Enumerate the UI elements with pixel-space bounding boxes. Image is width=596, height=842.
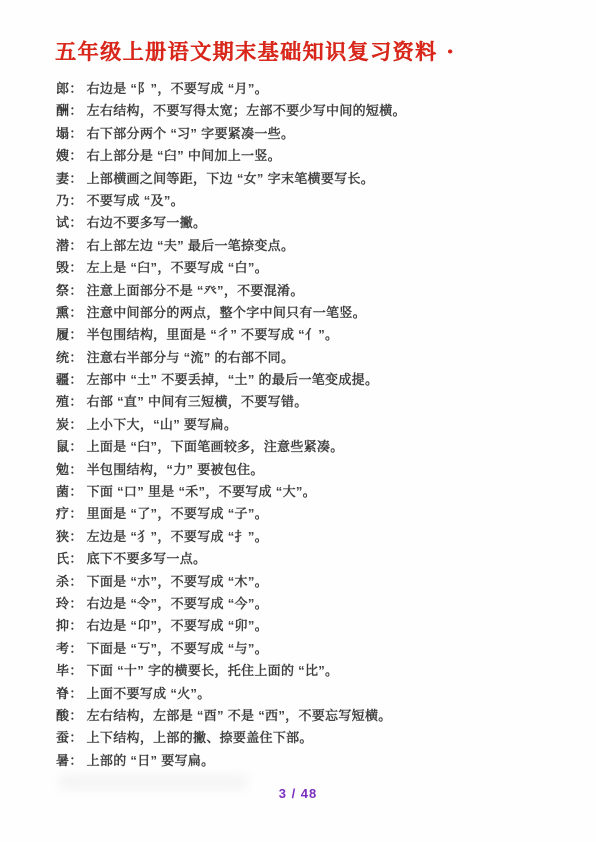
entry-colon: ： xyxy=(69,238,86,253)
entry-character: 疆 xyxy=(56,372,69,387)
entry-row: 塌：右下部分两个 “习” 字要紧凑一些。 xyxy=(56,123,406,145)
entry-character: 熏 xyxy=(56,305,69,320)
entry-row: 试：右边不要多写一撇。 xyxy=(56,212,406,234)
entry-row: 鼠：上面是 “臼”，下面笔画较多，注意些紧凑。 xyxy=(56,436,406,458)
entry-character: 潜 xyxy=(56,238,69,253)
entry-character: 考 xyxy=(56,641,69,656)
entry-row: 勉：半包围结构，“力” 要被包住。 xyxy=(56,459,406,481)
entry-colon: ： xyxy=(69,753,86,768)
entry-character: 勉 xyxy=(56,462,69,477)
entry-colon: ： xyxy=(69,350,86,365)
entry-row: 熏：注意中间部分的两点，整个字中间只有一笔竖。 xyxy=(56,302,406,324)
entry-colon: ： xyxy=(69,618,86,633)
entry-character: 鼠 xyxy=(56,439,69,454)
entry-colon: ： xyxy=(69,103,86,118)
entry-row: 祭：注意上面部分不是 “癶”，不要混淆。 xyxy=(56,280,406,302)
entry-row: 玲：右边是 “令”，不要写成 “今”。 xyxy=(56,593,406,615)
entry-colon: ： xyxy=(69,394,86,409)
entry-note: 右上部左边 “夫” 最后一笔捺变点。 xyxy=(87,238,295,253)
entry-colon: ： xyxy=(69,327,86,342)
entry-note: 下面是 “丂”，不要写成 “与”。 xyxy=(87,641,268,656)
entry-note: 右边是 “阝”，不要写成 “月”。 xyxy=(87,81,268,96)
entry-character: 毁 xyxy=(56,260,69,275)
document-page: 五年级上册语文期末基础知识复习资料 · 郎：右边是 “阝”，不要写成 “月”。 … xyxy=(0,0,596,842)
entry-row: 统：注意右半部分与 “流” 的右部不同。 xyxy=(56,347,406,369)
entry-row: 蚕：上下结构，上部的撇、捺要盖住下部。 xyxy=(56,727,406,749)
entry-character: 酸 xyxy=(56,708,69,723)
entry-colon: ： xyxy=(69,260,86,275)
entry-character: 嫂 xyxy=(56,148,69,163)
entry-character: 菌 xyxy=(56,484,69,499)
entry-character: 履 xyxy=(56,327,69,342)
entry-character: 氏 xyxy=(56,551,69,566)
entry-note: 半包围结构，“力” 要被包住。 xyxy=(87,462,264,477)
entry-colon: ： xyxy=(69,574,86,589)
entry-character: 妻 xyxy=(56,171,69,186)
entry-note: 右部 “直” 中间有三短横，不要写错。 xyxy=(87,394,308,409)
entry-row: 狭：左边是 “犭”，不要写成 “扌”。 xyxy=(56,526,406,548)
entry-character: 酬 xyxy=(56,103,69,118)
entry-character: 乃 xyxy=(56,193,69,208)
entry-character: 炭 xyxy=(56,417,69,432)
entry-character: 脊 xyxy=(56,686,69,701)
entry-character: 蚕 xyxy=(56,730,69,745)
entry-colon: ： xyxy=(69,372,86,387)
entry-colon: ： xyxy=(69,215,86,230)
entry-character: 抑 xyxy=(56,618,69,633)
entry-note: 下面 “十” 字的横要长，托住上面的 “比”。 xyxy=(87,663,339,678)
page-number-indicator: 3 / 48 xyxy=(0,786,596,801)
entry-note: 右边不要多写一撇。 xyxy=(87,215,207,230)
entry-list: 郎：右边是 “阝”，不要写成 “月”。 酬：左右结构，不要写得太宽；左部不要少写… xyxy=(56,78,406,772)
entry-character: 祭 xyxy=(56,283,69,298)
entry-note: 右边是 “卬”，不要写成 “卯”。 xyxy=(87,618,268,633)
entry-colon: ： xyxy=(69,148,86,163)
entry-row: 毁：左上是 “臼”，不要写成 “白”。 xyxy=(56,257,406,279)
entry-row: 酬：左右结构，不要写得太宽；左部不要少写中间的短横。 xyxy=(56,100,406,122)
entry-character: 玲 xyxy=(56,596,69,611)
entry-colon: ： xyxy=(69,439,86,454)
entry-note: 底下不要多写一点。 xyxy=(87,551,207,566)
entry-character: 塌 xyxy=(56,126,69,141)
entry-character: 杀 xyxy=(56,574,69,589)
entry-note: 右边是 “令”，不要写成 “今”。 xyxy=(87,596,268,611)
entry-character: 统 xyxy=(56,350,69,365)
entry-note: 左上是 “臼”，不要写成 “白”。 xyxy=(87,260,268,275)
entry-note: 左边是 “犭”，不要写成 “扌”。 xyxy=(87,529,268,544)
entry-colon: ： xyxy=(69,462,86,477)
entry-colon: ： xyxy=(69,305,86,320)
entry-character: 疗 xyxy=(56,506,69,521)
entry-character: 郎 xyxy=(56,81,69,96)
entry-note: 上面不要写成 “火”。 xyxy=(87,686,211,701)
entry-character: 狭 xyxy=(56,529,69,544)
entry-note: 左部中 “土” 不要丢掉，“土” 的最后一笔变成提。 xyxy=(87,372,379,387)
entry-note: 上小下大，“山” 要写扁。 xyxy=(87,417,238,432)
entry-colon: ： xyxy=(69,81,86,96)
entry-colon: ： xyxy=(69,417,86,432)
entry-colon: ： xyxy=(69,663,86,678)
entry-colon: ： xyxy=(69,126,86,141)
entry-colon: ： xyxy=(69,171,86,186)
entry-row: 殖：右部 “直” 中间有三短横，不要写错。 xyxy=(56,391,406,413)
entry-colon: ： xyxy=(69,283,86,298)
entry-note: 上面是 “臼”，下面笔画较多，注意些紧凑。 xyxy=(87,439,344,454)
entry-note: 上下结构，上部的撇、捺要盖住下部。 xyxy=(87,730,313,745)
entry-note: 注意上面部分不是 “癶”，不要混淆。 xyxy=(87,283,304,298)
entry-row: 考：下面是 “丂”，不要写成 “与”。 xyxy=(56,638,406,660)
entry-colon: ： xyxy=(69,193,86,208)
entry-colon: ： xyxy=(69,484,86,499)
page-title: 五年级上册语文期末基础知识复习资料 · xyxy=(55,36,455,66)
entry-row: 菌：下面 “口” 里是 “禾”，不要写成 “大”。 xyxy=(56,481,406,503)
entry-row: 杀：下面是 “朩”，不要写成 “木”。 xyxy=(56,571,406,593)
entry-character: 殖 xyxy=(56,394,69,409)
entry-colon: ： xyxy=(69,708,86,723)
entry-note: 上部横画之间等距，下边 “女” 字末笔横要写长。 xyxy=(87,171,374,186)
entry-note: 下面 “口” 里是 “禾”，不要写成 “大”。 xyxy=(87,484,316,499)
entry-note: 半包围结构，里面是 “彳” 不要写成 “亻”。 xyxy=(87,327,339,342)
entry-note: 左右结构，左部是 “酉” 不是 “西”，不要忘写短横。 xyxy=(87,708,392,723)
entry-row: 履：半包围结构，里面是 “彳” 不要写成 “亻”。 xyxy=(56,324,406,346)
entry-row: 乃：不要写成 “及”。 xyxy=(56,190,406,212)
entry-row: 脊：上面不要写成 “火”。 xyxy=(56,683,406,705)
entry-row: 抑：右边是 “卬”，不要写成 “卯”。 xyxy=(56,615,406,637)
entry-note: 左右结构，不要写得太宽；左部不要少写中间的短横。 xyxy=(87,103,406,118)
entry-row: 疗：里面是 “了”，不要写成 “子”。 xyxy=(56,503,406,525)
entry-note: 上部的 “日” 要写扁。 xyxy=(87,753,215,768)
entry-colon: ： xyxy=(69,529,86,544)
entry-note: 不要写成 “及”。 xyxy=(87,193,184,208)
entry-character: 试 xyxy=(56,215,69,230)
entry-row: 暑：上部的 “日” 要写扁。 xyxy=(56,750,406,772)
entry-row: 炭：上小下大，“山” 要写扁。 xyxy=(56,414,406,436)
entry-note: 注意右半部分与 “流” 的右部不同。 xyxy=(87,350,295,365)
entry-colon: ： xyxy=(69,641,86,656)
entry-note: 右下部分两个 “习” 字要紧凑一些。 xyxy=(87,126,295,141)
entry-character: 暑 xyxy=(56,753,69,768)
entry-note: 右上部分是 “臼” 中间加上一竖。 xyxy=(87,148,281,163)
entry-row: 郎：右边是 “阝”，不要写成 “月”。 xyxy=(56,78,406,100)
entry-colon: ： xyxy=(69,730,86,745)
entry-colon: ： xyxy=(69,551,86,566)
entry-row: 毕：下面 “十” 字的横要长，托住上面的 “比”。 xyxy=(56,660,406,682)
entry-row: 嫂：右上部分是 “臼” 中间加上一竖。 xyxy=(56,145,406,167)
entry-character: 毕 xyxy=(56,663,69,678)
entry-row: 酸：左右结构，左部是 “酉” 不是 “西”，不要忘写短横。 xyxy=(56,705,406,727)
entry-row: 疆：左部中 “土” 不要丢掉，“土” 的最后一笔变成提。 xyxy=(56,369,406,391)
entry-colon: ： xyxy=(69,596,86,611)
entry-row: 潜：右上部左边 “夫” 最后一笔捺变点。 xyxy=(56,235,406,257)
entry-note: 注意中间部分的两点，整个字中间只有一笔竖。 xyxy=(87,305,366,320)
entry-colon: ： xyxy=(69,686,86,701)
entry-note: 下面是 “朩”，不要写成 “木”。 xyxy=(87,574,268,589)
entry-row: 妻：上部横画之间等距，下边 “女” 字末笔横要写长。 xyxy=(56,168,406,190)
entry-note: 里面是 “了”，不要写成 “子”。 xyxy=(87,506,268,521)
entry-row: 氏：底下不要多写一点。 xyxy=(56,548,406,570)
entry-colon: ： xyxy=(69,506,86,521)
